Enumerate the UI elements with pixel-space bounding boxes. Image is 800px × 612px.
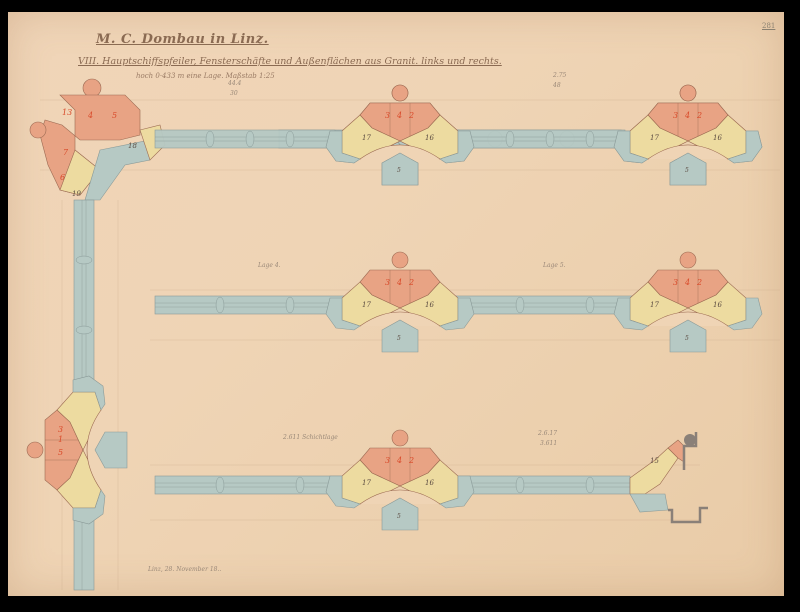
svg-text:17: 17 [362, 134, 371, 142]
svg-text:16: 16 [425, 134, 434, 142]
svg-text:4: 4 [87, 111, 93, 120]
svg-text:19: 19 [72, 190, 81, 198]
svg-text:17: 17 [650, 301, 659, 309]
svg-text:5: 5 [685, 335, 689, 342]
svg-text:17: 17 [362, 301, 371, 309]
svg-text:4: 4 [396, 278, 402, 287]
pier-left-vertical [27, 376, 127, 524]
svg-text:1: 1 [58, 435, 63, 444]
svg-text:5: 5 [58, 448, 63, 457]
svg-text:5: 5 [397, 335, 401, 342]
corner-pier-top-left [30, 79, 165, 200]
svg-text:2: 2 [696, 278, 702, 287]
end-detail-right [630, 432, 708, 522]
svg-text:2: 2 [408, 111, 414, 120]
svg-text:17: 17 [650, 134, 659, 142]
svg-text:5: 5 [397, 167, 401, 174]
architectural-plan: 342 342 342 342 342 4513 76 135 1716 171… [0, 0, 800, 612]
svg-text:6: 6 [60, 173, 65, 182]
svg-text:4: 4 [684, 111, 690, 120]
svg-text:2: 2 [408, 456, 414, 465]
svg-text:15: 15 [650, 457, 659, 465]
svg-text:3: 3 [385, 456, 390, 465]
svg-text:3: 3 [58, 425, 63, 434]
svg-text:3: 3 [385, 111, 390, 120]
svg-text:2: 2 [696, 111, 702, 120]
svg-text:17: 17 [362, 479, 371, 487]
svg-text:16: 16 [713, 134, 722, 142]
svg-text:16: 16 [425, 479, 434, 487]
svg-text:16: 16 [713, 301, 722, 309]
svg-text:5: 5 [112, 111, 117, 120]
svg-text:4: 4 [396, 456, 402, 465]
svg-text:18: 18 [128, 142, 137, 150]
svg-text:4: 4 [684, 278, 690, 287]
svg-text:3: 3 [673, 278, 678, 287]
svg-text:4: 4 [396, 111, 402, 120]
svg-text:3: 3 [673, 111, 678, 120]
svg-text:5: 5 [397, 513, 401, 520]
svg-text:16: 16 [425, 301, 434, 309]
svg-text:13: 13 [62, 108, 72, 117]
svg-text:5: 5 [685, 167, 689, 174]
svg-text:2: 2 [408, 278, 414, 287]
svg-text:3: 3 [385, 278, 390, 287]
